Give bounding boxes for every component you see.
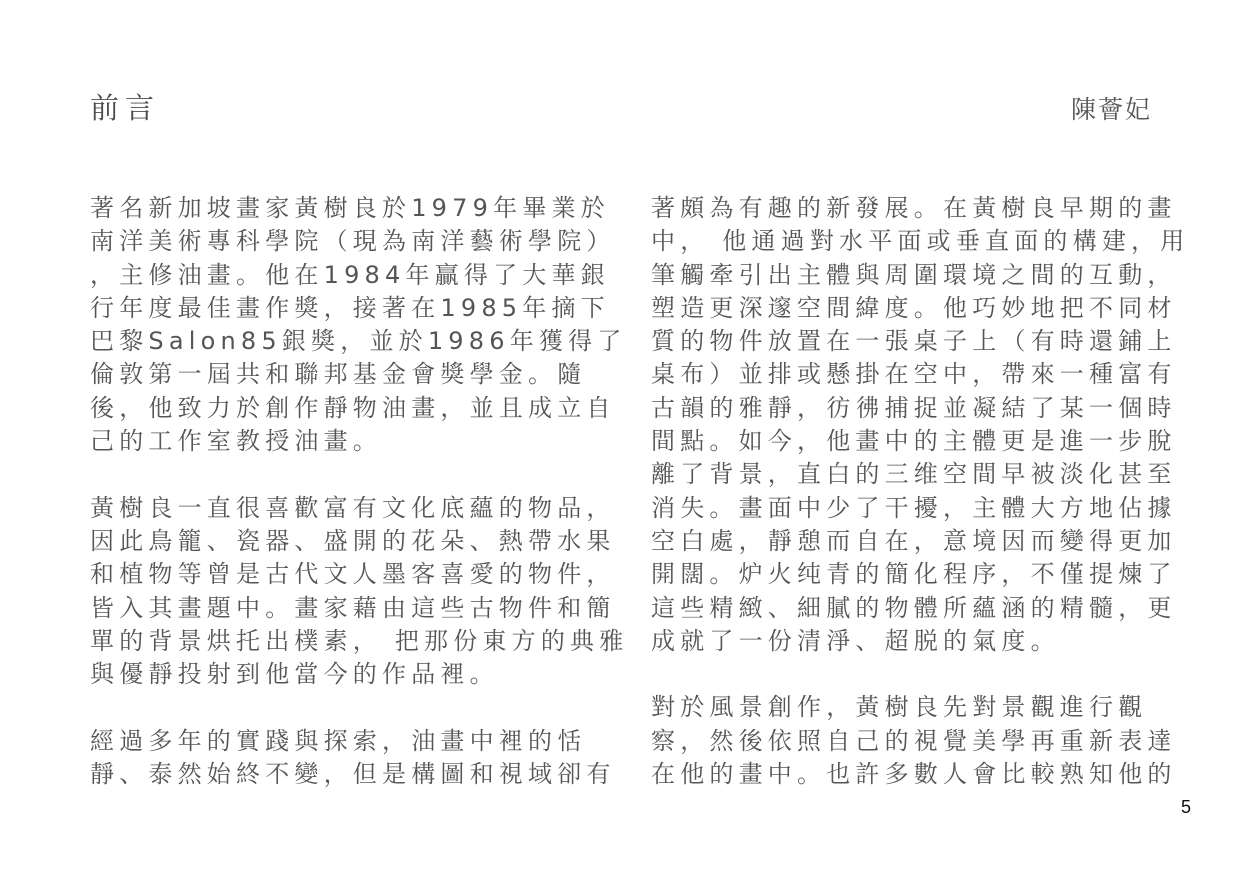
- text-line: 質的物件放置在一張桌子上（有時還鋪上: [651, 325, 1161, 358]
- text-line: 對於風景創作，黃樹良先對景觀進行觀: [651, 691, 1161, 724]
- text-line: 開闊。炉火纯青的簡化程序，不僅提煉了: [651, 558, 1161, 591]
- paragraph-spacer: [651, 658, 1161, 691]
- text-line: 行年度最佳畫作獎，接著在1985年摘下: [90, 292, 600, 325]
- paragraph-2: 黃樹良一直很喜歡富有文化底蘊的物品， 因此鳥籠、瓷器、盛開的花朵、熱帶水果 和植…: [90, 492, 600, 692]
- text-line: 靜、泰然始終不變，但是構圖和視域卻有: [90, 758, 600, 791]
- text-line: 著名新加坡畫家黃樹良於1979年畢業於: [90, 192, 600, 225]
- text-line: 經過多年的實踐與探索，油畫中裡的恬: [90, 725, 600, 758]
- text-line: 後，他致力於創作靜物油畫，並且成立自: [90, 392, 600, 425]
- text-line: 中， 他通過對水平面或垂直面的構建，用: [651, 225, 1161, 258]
- text-line: 南洋美術專科學院（現為南洋藝術學院）: [90, 225, 600, 258]
- text-line: 皆入其畫題中。畫家藉由這些古物件和簡: [90, 592, 600, 625]
- text-line: 倫敦第一屆共和聯邦基金會獎學金。隨: [90, 358, 600, 391]
- text-line: 黃樹良一直很喜歡富有文化底蘊的物品，: [90, 492, 600, 525]
- paragraph-3: 經過多年的實踐與探索，油畫中裡的恬 靜、泰然始終不變，但是構圖和視域卻有: [90, 725, 600, 792]
- paragraph-4: 著頗為有趣的新發展。在黃樹良早期的畫 中， 他通過對水平面或垂直面的構建，用 筆…: [651, 192, 1161, 658]
- text-line: 在他的畫中。也許多數人會比較熟知他的: [651, 758, 1161, 791]
- text-line: 巴黎Salon85銀獎，並於1986年獲得了: [90, 325, 600, 358]
- text-line: ，主修油畫。他在1984年贏得了大華銀: [90, 259, 600, 292]
- text-line: 和植物等曾是古代文人墨客喜愛的物件，: [90, 558, 600, 591]
- page-number: 5: [1181, 797, 1191, 818]
- paragraph-spacer: [90, 458, 600, 491]
- text-line: 塑造更深邃空間緯度。他巧妙地把不同材: [651, 292, 1161, 325]
- paragraph-1: 著名新加坡畫家黃樹良於1979年畢業於 南洋美術專科學院（現為南洋藝術學院） ，…: [90, 192, 600, 458]
- text-line: 消失。畫面中少了干擾，主體大方地佔據: [651, 492, 1161, 525]
- text-line: 這些精緻、細膩的物體所蘊涵的精髓，更: [651, 592, 1161, 625]
- text-line: 筆觸牽引出主體與周圍環境之間的互動，: [651, 259, 1161, 292]
- text-line: 古韻的雅靜，彷彿捕捉並凝結了某一個時: [651, 392, 1161, 425]
- right-column: 著頗為有趣的新發展。在黃樹良早期的畫 中， 他通過對水平面或垂直面的構建，用 筆…: [651, 192, 1161, 791]
- text-line: 空白處，靜憩而自在，意境因而變得更加: [651, 525, 1161, 558]
- text-line: 察，然後依照自己的視覺美學再重新表達: [651, 725, 1161, 758]
- text-line: 成就了一份清淨、超脱的氣度。: [651, 625, 1161, 658]
- text-line: 離了背景，直白的三维空間早被淡化甚至: [651, 458, 1161, 491]
- text-line: 因此鳥籠、瓷器、盛開的花朵、熱帶水果: [90, 525, 600, 558]
- text-line: 與優靜投射到他當今的作品裡。: [90, 658, 600, 691]
- author-name: 陳薈妃: [1071, 90, 1152, 126]
- text-line: 著頗為有趣的新發展。在黃樹良早期的畫: [651, 192, 1161, 225]
- text-line: 桌布）並排或懸掛在空中，帶來一種富有: [651, 358, 1161, 391]
- text-line: 己的工作室教授油畫。: [90, 425, 600, 458]
- paragraph-spacer: [90, 691, 600, 724]
- page-title: 前言: [90, 86, 160, 127]
- left-column: 著名新加坡畫家黃樹良於1979年畢業於 南洋美術專科學院（現為南洋藝術學院） ，…: [90, 192, 600, 791]
- text-line: 間點。如今，他畫中的主體更是進一步脫: [651, 425, 1161, 458]
- text-line: 單的背景烘托出樸素， 把那份東方的典雅: [90, 625, 600, 658]
- paragraph-5: 對於風景創作，黃樹良先對景觀進行觀 察，然後依照自己的視覺美學再重新表達 在他的…: [651, 691, 1161, 791]
